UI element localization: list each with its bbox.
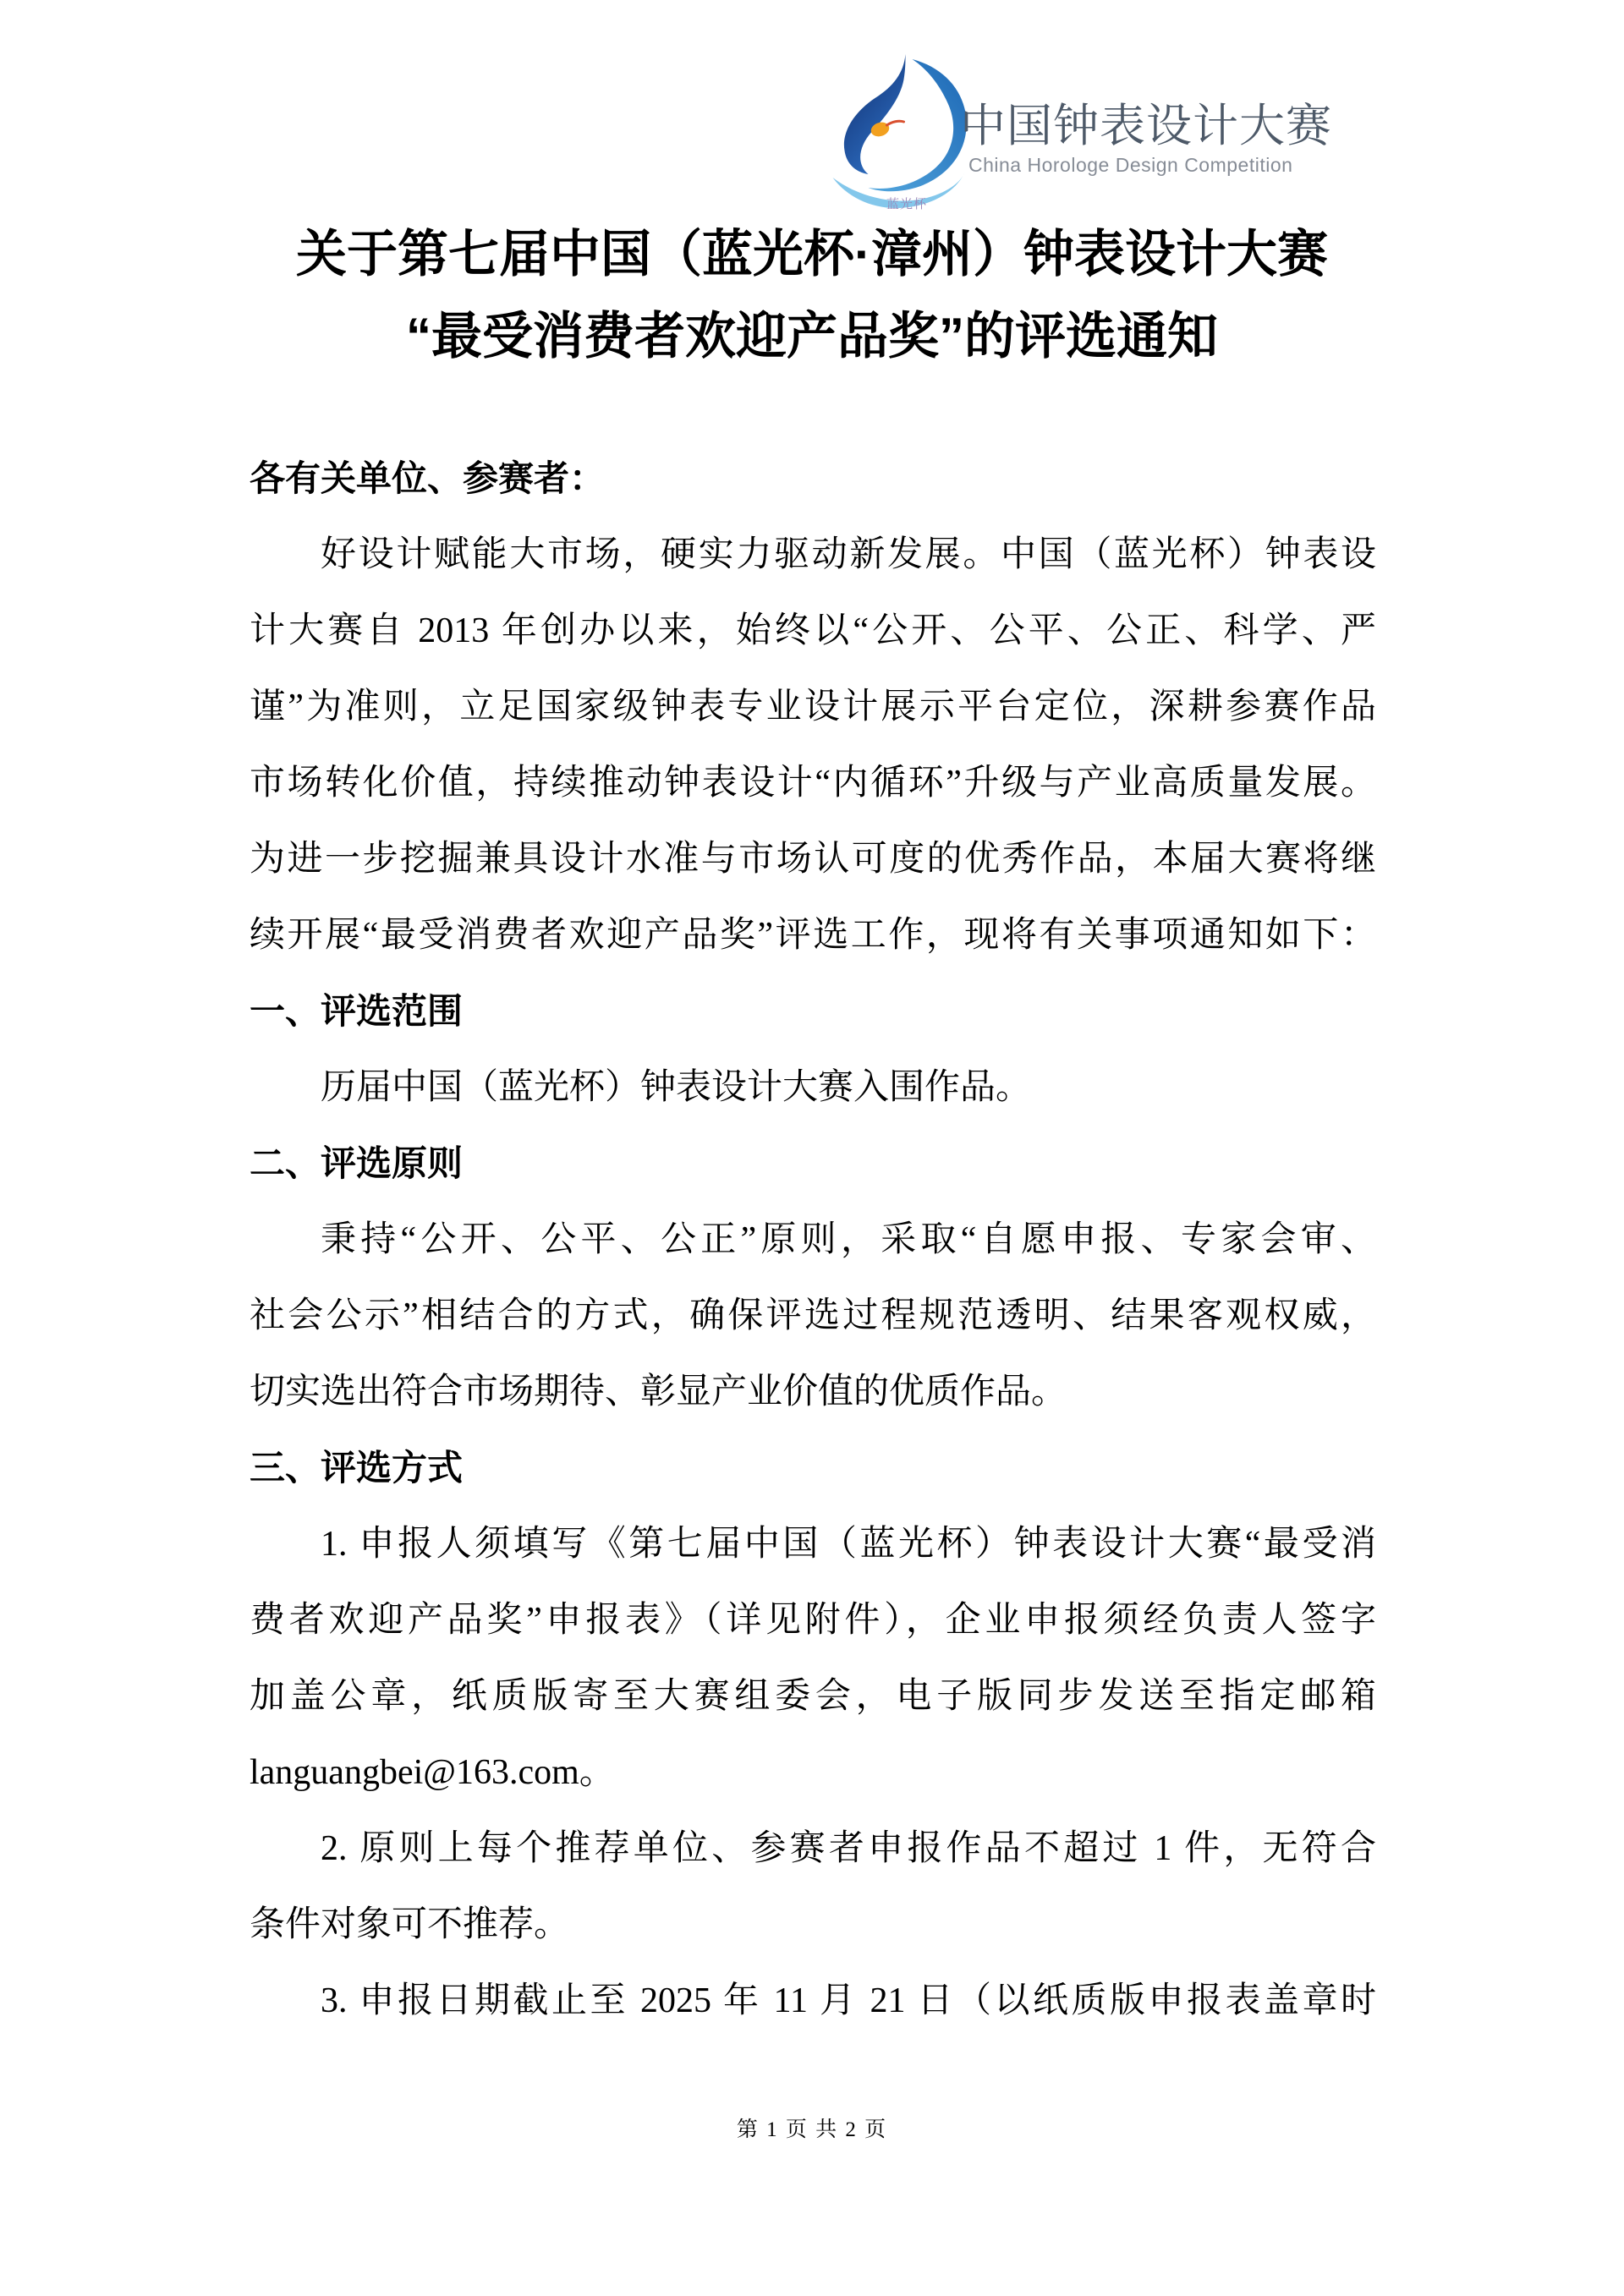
title-line-1: 关于第七届中国（蓝光杯·漳州）钟表设计大赛 (169, 213, 1455, 295)
page-footer: 第 1 页 共 2 页 (0, 2112, 1624, 2143)
document-body: 各有关单位、参赛者：好设计赋能大市场，硬实力驱动新发展。中国（蓝光杯）钟表设计大… (250, 441, 1376, 2039)
body-line: 三、评选方式 (250, 1430, 1376, 1506)
body-line: 二、评选原则 (250, 1126, 1376, 1202)
body-line: 秉持“公开、公平、公正”原则，采取“自愿申报、专家会审、 (250, 1202, 1376, 1278)
body-line: 社会公示”相结合的方式，确保评选过程规范透明、结果客观权威， (250, 1278, 1376, 1354)
body-line: 为进一步挖掘兼具设计水准与市场认可度的优秀作品，本届大赛将继 (250, 821, 1376, 897)
logo-subtitle-en: China Horologe Design Competition (960, 154, 1366, 176)
body-line: 切实选出符合市场期待、彰显产业价值的优质作品。 (250, 1354, 1376, 1430)
body-line: 条件对象可不推荐。 (250, 1887, 1376, 1963)
body-line: 3. 申报日期截止至 2025 年 11 月 21 日（以纸质版申报表盖章时 (250, 1963, 1376, 2039)
body-line: 一、评选范围 (250, 973, 1376, 1049)
logo-title-zh: 中国钟表设计大赛 (960, 101, 1366, 151)
body-line: 1. 申报人须填写《第七届中国（蓝光杯）钟表设计大赛“最受消 (250, 1506, 1376, 1582)
body-line: 加盖公章，纸质版寄至大赛组委会，电子版同步发送至指定邮箱 (250, 1658, 1376, 1734)
document-title: 关于第七届中国（蓝光杯·漳州）钟表设计大赛 “最受消费者欢迎产品奖”的评选通知 (169, 213, 1455, 377)
body-line: 2. 原则上每个推荐单位、参赛者申报作品不超过 1 件，无符合 (250, 1811, 1376, 1887)
body-line: 历届中国（蓝光杯）钟表设计大赛入围作品。 (250, 1049, 1376, 1126)
page-number: 第 1 页 共 2 页 (737, 2118, 887, 2141)
body-line: 谨”为准则，立足国家级钟表专业设计展示平台定位，深耕参赛作品 (250, 669, 1376, 745)
body-line: 好设计赋能大市场，硬实力驱动新发展。中国（蓝光杯）钟表设 (250, 517, 1376, 593)
body-line: 市场转化价值，持续推动钟表设计“内循环”升级与产业高质量发展。 (250, 745, 1376, 821)
body-line: languangbei@163.com。 (250, 1734, 1376, 1811)
body-line: 计大赛自 2013 年创办以来，始终以“公开、公平、公正、科学、严 (250, 593, 1376, 669)
body-line: 费者欢迎产品奖”申报表》（详见附件），企业申报须经负责人签字 (250, 1582, 1376, 1658)
body-line: 续开展“最受消费者欢迎产品奖”评选工作，现将有关事项通知如下： (250, 897, 1376, 973)
title-line-2: “最受消费者欢迎产品奖”的评选通知 (169, 295, 1455, 377)
horologe-swoosh-icon (829, 51, 973, 211)
competition-logo: 蓝光杯 中国钟表设计大赛 China Horologe Design Compe… (829, 49, 1387, 218)
logo-small-mark: 蓝光杯 (886, 195, 927, 212)
document-page: 蓝光杯 中国钟表设计大赛 China Horologe Design Compe… (0, 0, 1624, 2296)
logo-text-block: 中国钟表设计大赛 China Horologe Design Competiti… (960, 101, 1366, 176)
body-line: 各有关单位、参赛者： (250, 441, 1376, 517)
